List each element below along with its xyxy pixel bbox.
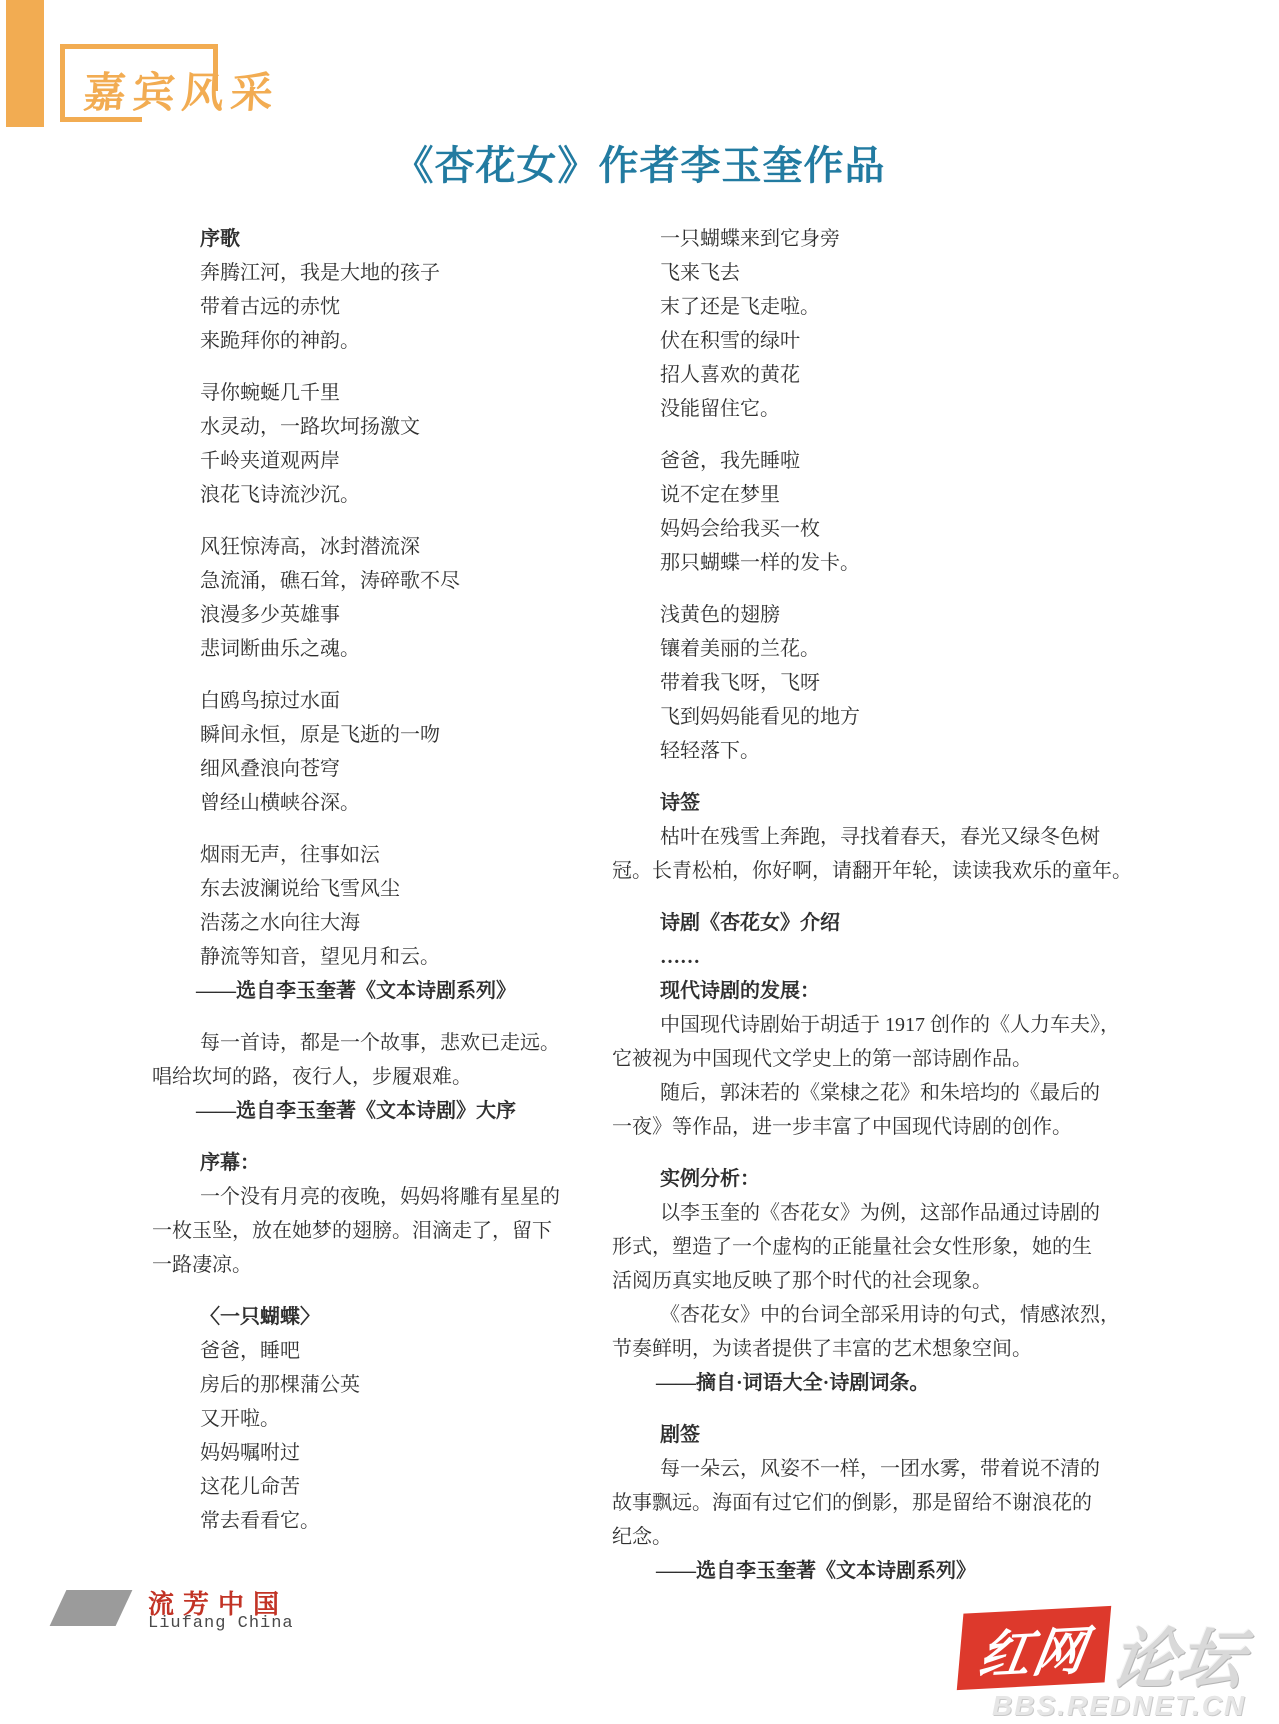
poem-line: 带着我飞呀，飞呀 [660, 666, 1164, 700]
poem-line: 东去波澜说给飞雪风尘 [200, 872, 554, 906]
section-heading: 剧签 [660, 1418, 1164, 1452]
logo-parallelogram [50, 1590, 133, 1626]
stanza-gap [152, 358, 554, 376]
poem-line: 妈妈嘱咐过 [200, 1436, 554, 1470]
prose-line: 中国现代诗剧始于胡适于 1917 创作的《人力车夫》， [612, 1008, 1164, 1042]
poem-line: 来跪拜你的神韵。 [200, 324, 554, 358]
prose-line: 唱给坎坷的路，夜行人，步履艰难。 [152, 1060, 554, 1094]
poem-line: 白鸥鸟掠过水面 [200, 684, 554, 718]
prose-line: 每一朵云，风姿不一样，一团水雾，带着说不清的 [612, 1452, 1164, 1486]
poem-line: 常去看看它。 [200, 1504, 554, 1538]
rednet-logo-text: 红网 [974, 1607, 1094, 1688]
stanza-gap [152, 1008, 554, 1026]
poem-line: 末了还是飞走啦。 [660, 290, 1164, 324]
poem-line: 千岭夹道观两岸 [200, 444, 554, 478]
poem-line: 水灵动，一路坎坷扬激文 [200, 410, 554, 444]
prose-line: 它被视为中国现代文学史上的第一部诗剧作品。 [612, 1042, 1164, 1076]
column-right: 一只蝴蝶来到它身旁飞来飞去末了还是飞走啦。伏在积雪的绿叶招人喜欢的黄花没能留住它… [612, 222, 1164, 1588]
stanza-gap [152, 1128, 554, 1146]
prose-line: 冠。长青松柏，你好啊，请翻开年轮，读读我欢乐的童年。 [612, 854, 1164, 888]
poem-line: 寻你蜿蜒几千里 [200, 376, 554, 410]
poem-line: 没能留住它。 [660, 392, 1164, 426]
forum-suffix-text: 论坛 [1105, 1606, 1250, 1701]
prose-line: 一枚玉坠，放在她梦的翅膀。泪滴走了，留下 [152, 1214, 554, 1248]
badge-frame-top [60, 44, 218, 49]
section-heading: …… [660, 940, 1164, 974]
poem-line: 那只蝴蝶一样的发卡。 [660, 546, 1164, 580]
poem-line: 伏在积雪的绿叶 [660, 324, 1164, 358]
poem-line: 一只蝴蝶来到它身旁 [660, 222, 1164, 256]
poem-line: 浪花飞诗流沙沉。 [200, 478, 554, 512]
poem-line: 静流等知音，望见月和云。 [200, 940, 554, 974]
stanza-gap [612, 1400, 1164, 1418]
section-heading: 序幕： [200, 1146, 554, 1180]
poem-line: 细风叠浪向苍穹 [200, 752, 554, 786]
poem-line: 爸爸，睡吧 [200, 1334, 554, 1368]
section-heading: 实例分析： [660, 1162, 1164, 1196]
poem-line: 浪漫多少英雄事 [200, 598, 554, 632]
magazine-page: 嘉宾风采 《杏花女》作者李玉奎作品 序歌奔腾江河，我是大地的孩子带着古远的赤忱来… [0, 0, 1279, 1724]
poem-line: 又开啦。 [200, 1402, 554, 1436]
section-heading: 诗签 [660, 786, 1164, 820]
poem-line: 镶着美丽的兰花。 [660, 632, 1164, 666]
poem-line: 瞬间永恒，原是飞逝的一吻 [200, 718, 554, 752]
stanza-gap [612, 1144, 1164, 1162]
stanza-gap [152, 1282, 554, 1300]
forum-watermark: 红网 论坛 BBS.REDNET.CN [952, 1598, 1279, 1724]
prose-line: 节奏鲜明，为读者提供了丰富的艺术想象空间。 [612, 1332, 1164, 1366]
poem-line: 烟雨无声，往事如沄 [200, 838, 554, 872]
poem-line: 急流涌，礁石耸，涛碎歌不尽 [200, 564, 554, 598]
prose-line: 枯叶在残雪上奔跑，寻找着春天，春光又绿冬色树 [612, 820, 1164, 854]
poem-line: 奔腾江河，我是大地的孩子 [200, 256, 554, 290]
attribution-line: ——选自李玉奎著《文本诗剧系列》 [196, 974, 554, 1008]
poem-line: 爸爸，我先睡啦 [660, 444, 1164, 478]
footer-logo-english: Liufang China [148, 1614, 294, 1633]
prose-line: 故事飘远。海面有过它们的倒影，那是留给不谢浪花的 [612, 1486, 1164, 1520]
rednet-logo-box: 红网 [957, 1606, 1111, 1690]
poem-line: 房后的那棵蒲公英 [200, 1368, 554, 1402]
poem-line: 悲词断曲乐之魂。 [200, 632, 554, 666]
section-heading: 现代诗剧的发展： [660, 974, 1164, 1008]
prose-line: 一路凄凉。 [152, 1248, 554, 1282]
poem-line: 妈妈会给我买一枚 [660, 512, 1164, 546]
poem-line: 浩荡之水向往大海 [200, 906, 554, 940]
stanza-gap [152, 666, 554, 684]
prose-line: 一个没有月亮的夜晚，妈妈将雕有星星的 [152, 1180, 554, 1214]
page-title: 《杏花女》作者李玉奎作品 [0, 134, 1279, 191]
prose-line: 以李玉奎的《杏花女》为例，这部作品通过诗剧的 [612, 1196, 1164, 1230]
stanza-gap [152, 512, 554, 530]
poem-line: 说不定在梦里 [660, 478, 1164, 512]
left-accent-bar [6, 0, 44, 127]
stanza-gap [612, 768, 1164, 786]
section-badge: 嘉宾风采 [82, 60, 282, 120]
prose-line: 活阅历真实地反映了那个时代的社会现象。 [612, 1264, 1164, 1298]
poem-line: 浅黄色的翅膀 [660, 598, 1164, 632]
poem-line: 这花儿命苦 [200, 1470, 554, 1504]
stanza-gap [612, 580, 1164, 598]
prose-line: 形式，塑造了一个虚构的正能量社会女性形象，她的生 [612, 1230, 1164, 1264]
section-heading: 〈一只蝴蝶〉 [200, 1300, 554, 1334]
prose-line: 一夜》等作品，进一步丰富了中国现代诗剧的创作。 [612, 1110, 1164, 1144]
prose-line: 纪念。 [612, 1520, 1164, 1554]
poem-line: 飞到妈妈能看见的地方 [660, 700, 1164, 734]
poem-line: 风狂惊涛高，冰封潜流深 [200, 530, 554, 564]
attribution-line: ——选自李玉奎著《文本诗剧》大序 [196, 1094, 554, 1128]
poem-line: 飞来飞去 [660, 256, 1164, 290]
forum-url-text: BBS.REDNET.CN [992, 1690, 1246, 1722]
poem-line: 招人喜欢的黄花 [660, 358, 1164, 392]
stanza-gap [612, 888, 1164, 906]
column-left: 序歌奔腾江河，我是大地的孩子带着古远的赤忱来跪拜你的神韵。寻你蜿蜒几千里水灵动，… [152, 222, 554, 1538]
badge-frame-left [60, 44, 65, 122]
section-heading: 诗剧《杏花女》介绍 [660, 906, 1164, 940]
poem-line: 轻轻落下。 [660, 734, 1164, 768]
poem-line: 带着古远的赤忱 [200, 290, 554, 324]
prose-line: 随后，郭沫若的《棠棣之花》和朱培均的《最后的 [612, 1076, 1164, 1110]
prose-line: 《杏花女》中的台词全部采用诗的句式，情感浓烈， [612, 1298, 1164, 1332]
stanza-gap [612, 426, 1164, 444]
poem-line: 曾经山横峡谷深。 [200, 786, 554, 820]
stanza-gap [152, 820, 554, 838]
section-heading: 序歌 [200, 222, 554, 256]
attribution-line: ——选自李玉奎著《文本诗剧系列》 [656, 1554, 1164, 1588]
attribution-line: ——摘自·词语大全·诗剧词条。 [656, 1366, 1164, 1400]
prose-line: 每一首诗，都是一个故事，悲欢已走远。 [152, 1026, 554, 1060]
